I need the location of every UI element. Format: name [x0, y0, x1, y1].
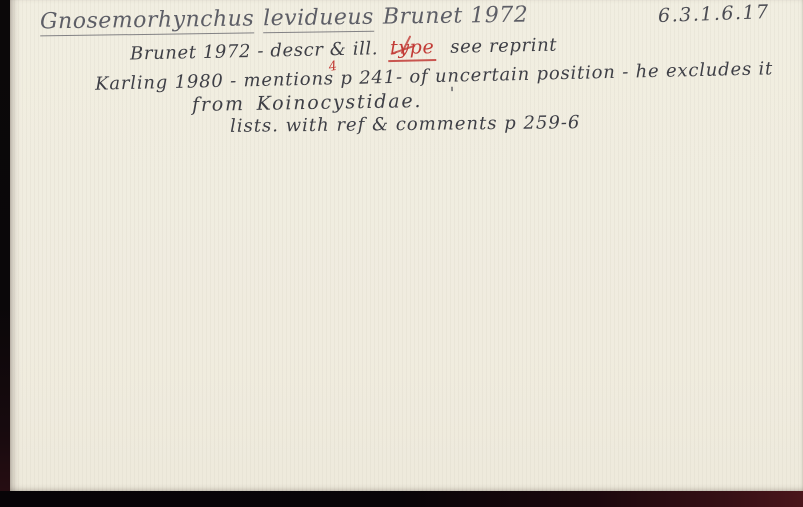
note-line-brunet-1972: Brunet 1972 - descr & ill.typesee reprin… [130, 34, 558, 65]
note-line-karling-1980: Karling 1980 - mentions p 241- of uncert… [95, 58, 773, 94]
note-text: see reprint [450, 35, 557, 58]
note-text: lists. with ref & comments p 259-6 [230, 112, 581, 137]
authority-name: Brunet 1972 [383, 3, 529, 30]
index-card: 6.3.1.6.17 GnosemorhynchuslevidueusBrune… [10, 0, 803, 491]
red-type-word: type [388, 36, 437, 62]
note-text: Karling 1980 - mentions p 241- of uncert… [95, 58, 773, 94]
catalog-number: 6.3.1.6.17 [658, 1, 770, 27]
red-correction-mark: 4 [328, 59, 339, 75]
scan-backdrop-bottom [0, 491, 803, 507]
note-line-koinocystidae: from Koinocystidae. ' [192, 90, 423, 116]
note-text: Brunet 1972 - descr & ill. [130, 38, 379, 64]
species-epithet: levidueus [263, 5, 374, 34]
stray-pen-tick: ' [450, 83, 457, 102]
red-type-annotation: type [388, 36, 437, 59]
note-line-page-refs: lists. with ref & comments p 259-6 [230, 112, 581, 137]
genus-name: Gnosemorhynchus [40, 6, 254, 36]
note-text: from Koinocystidae. [192, 90, 423, 116]
species-heading: GnosemorhynchuslevidueusBrunet 1972 [40, 3, 529, 35]
scanned-index-card-photo: 6.3.1.6.17 GnosemorhynchuslevidueusBrune… [0, 0, 803, 507]
